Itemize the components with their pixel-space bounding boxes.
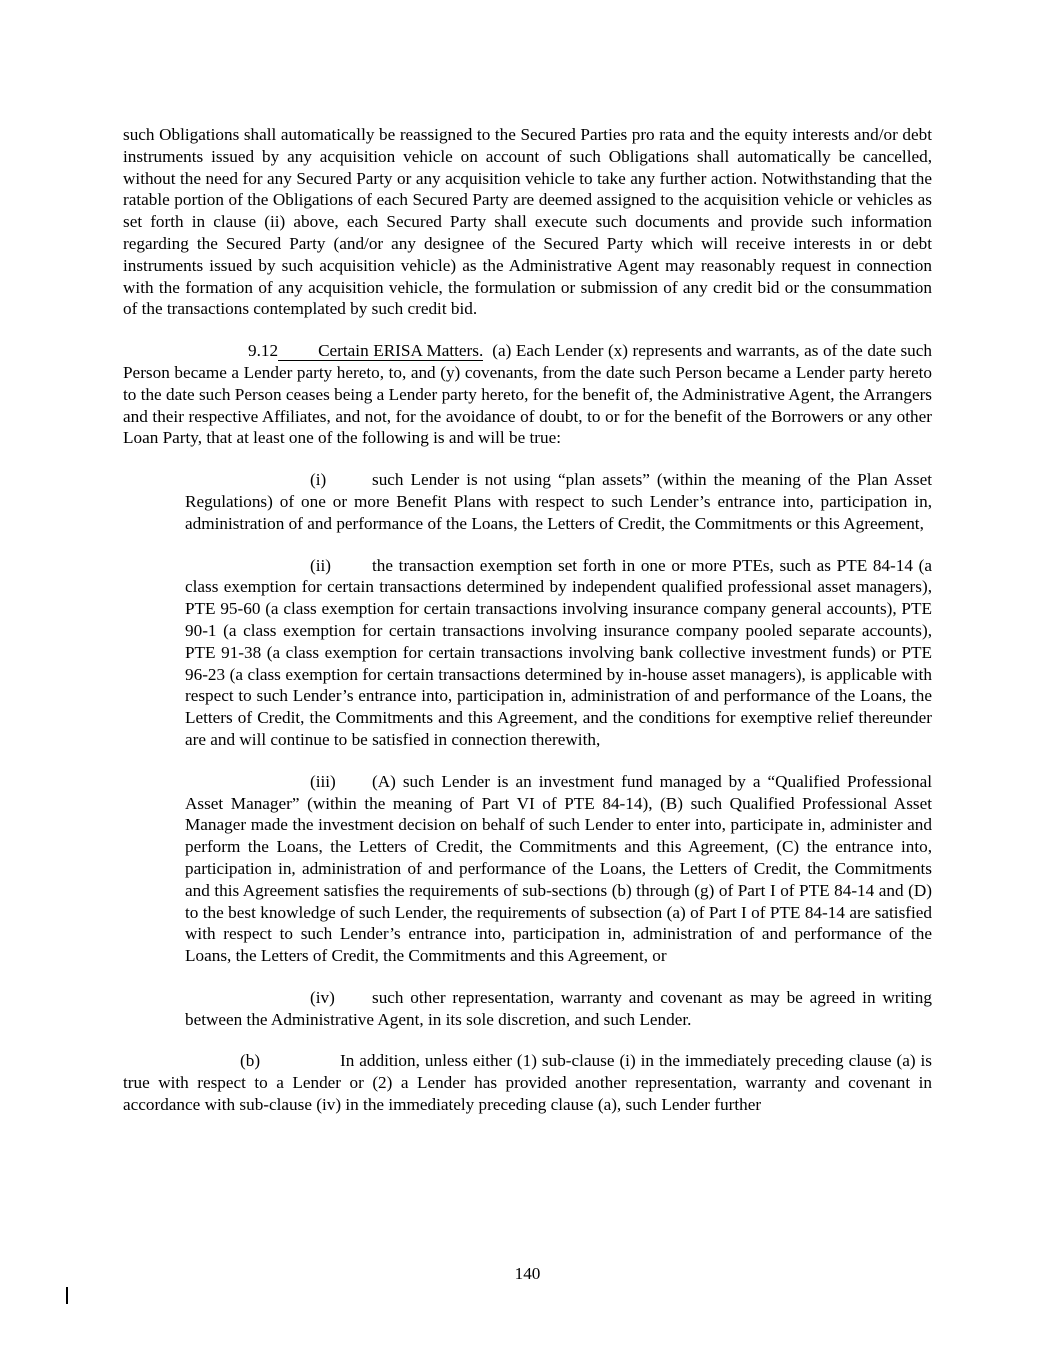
clause-ii-marker: (ii) [310,555,372,577]
document-page: such Obligations shall automatically be … [0,0,1055,1365]
section-number: 9.12 [248,341,278,360]
section-paragraph-text: (a) Each Lender (x) represents and warra… [123,341,932,447]
clause-iii-marker: (iii) [310,771,372,793]
paragraph-text: such Obligations shall automatically be … [123,125,932,318]
paragraph-b-marker: (b) [240,1050,340,1072]
page-number: 140 [515,1264,541,1283]
page-footer: 140 [0,1263,1055,1285]
clause-i-marker: (i) [310,469,372,491]
document-body: such Obligations shall automatically be … [123,124,932,1116]
clause-iii-text: (A) such Lender is an investment fund ma… [185,772,932,965]
clause-iv-paragraph: (iv)such other representation, warranty … [185,987,932,1031]
paragraph-b: (b)In addition, unless either (1) sub-cl… [123,1050,932,1115]
clause-i-text: such Lender is not using “plan assets” (… [185,470,932,533]
section-heading-certain-erisa-matters: Certain ERISA Matters. [278,341,483,361]
clause-iv-text: such other representation, warranty and … [185,988,932,1029]
revision-bar-mark [66,1287,68,1304]
clause-i-paragraph: (i)such Lender is not using “plan assets… [185,469,932,534]
clause-iii-paragraph: (iii)(A) such Lender is an investment fu… [185,771,932,967]
clause-iv-marker: (iv) [310,987,372,1009]
clause-ii-text: the transaction exemption set forth in o… [185,556,932,749]
paragraph-obligations-continuation: such Obligations shall automatically be … [123,124,932,320]
section-9-12-paragraph: 9.12Certain ERISA Matters.(a) Each Lende… [123,340,932,449]
clause-ii-paragraph: (ii)the transaction exemption set forth … [185,555,932,751]
